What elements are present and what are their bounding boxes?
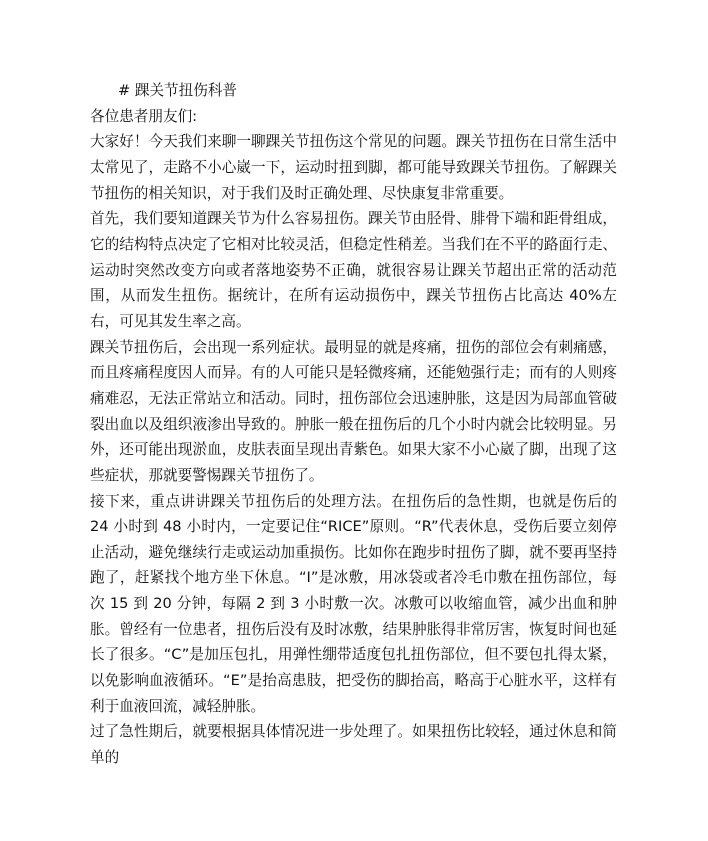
paragraph-symptoms: 踝关节扭伤后，会出现一系列症状。最明显的就是疼痛，扭伤的部位会有刺痛感，而且疼痛… [90, 335, 617, 489]
document-title: # 踝关节扭伤科普 [90, 78, 617, 104]
paragraph-treatment: 接下来，重点讲讲踝关节扭伤后的处理方法。在扭伤后的急性期，也就是伤后的 24 小… [90, 489, 617, 720]
paragraph-intro: 大家好！今天我们来聊一聊踝关节扭伤这个常见的问题。踝关节扭伤在日常生活中太常见了… [90, 129, 617, 206]
paragraph-cause: 首先，我们要知道踝关节为什么容易扭伤。踝关节由胫骨、腓骨下端和距骨组成，它的结构… [90, 206, 617, 334]
document-page: # 踝关节扭伤科普 各位患者朋友们: 大家好！今天我们来聊一聊踝关节扭伤这个常见… [90, 78, 617, 771]
salutation: 各位患者朋友们: [90, 104, 617, 130]
paragraph-followup: 过了急性期后，就要根据具体情况进一步处理了。如果扭伤比较轻，通过休息和简单的 [90, 719, 617, 770]
